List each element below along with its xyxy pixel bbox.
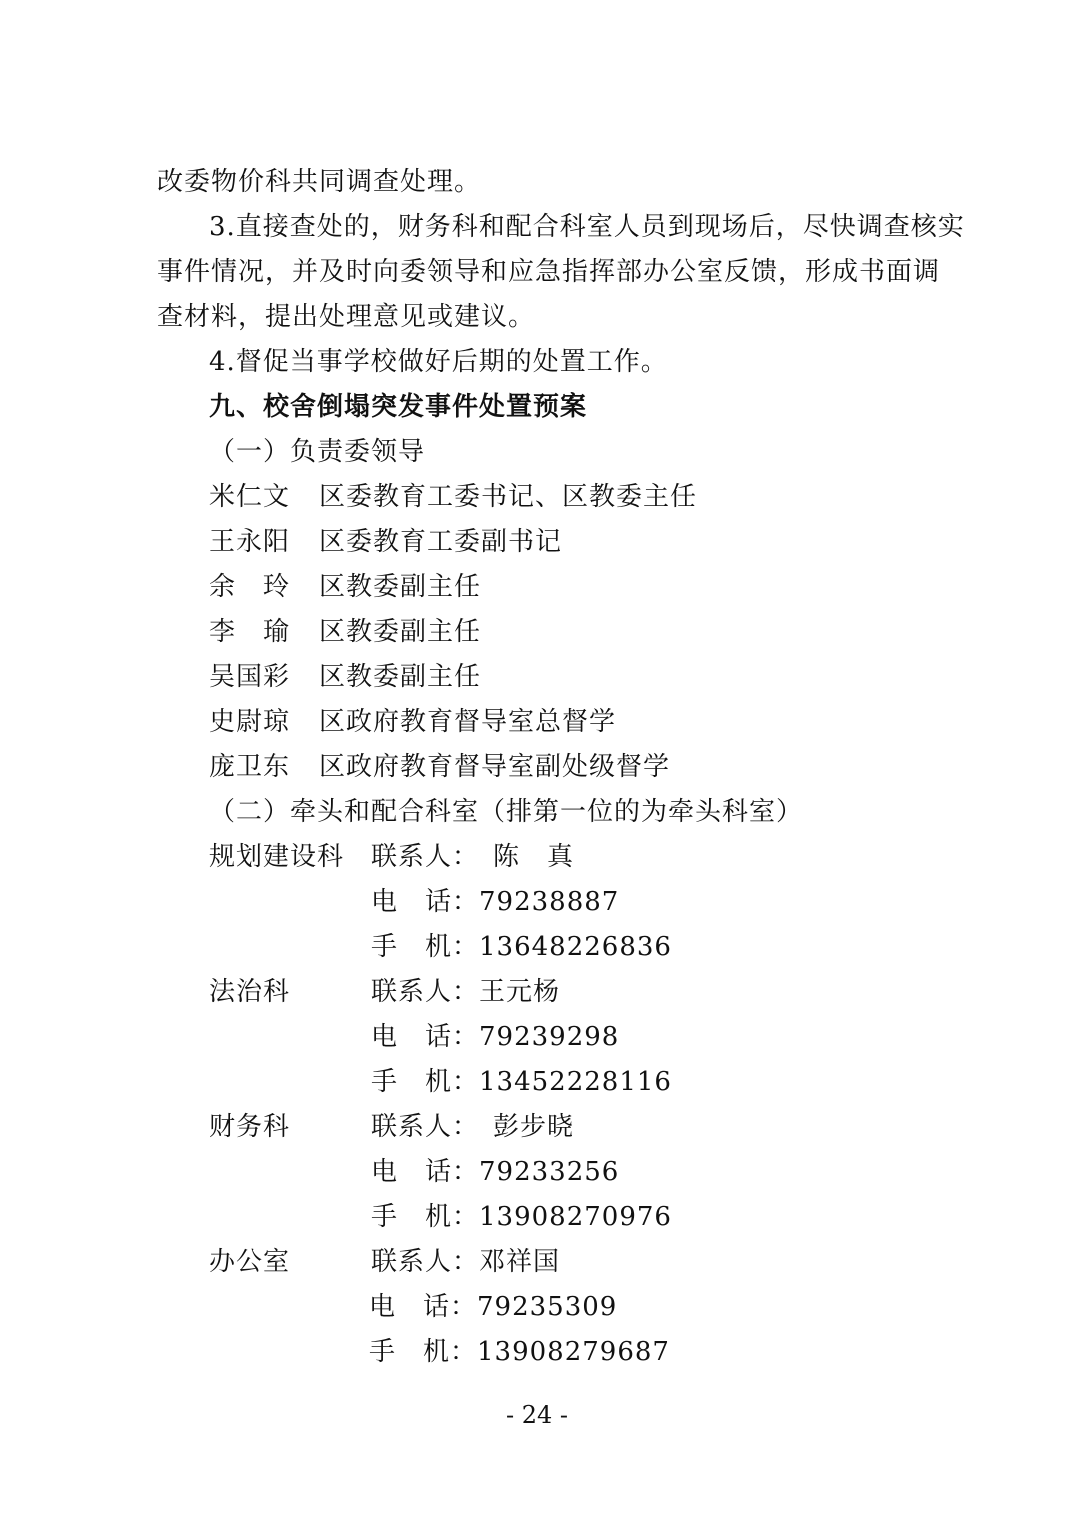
leader-name: 余 玲: [209, 570, 290, 604]
leader-title: 区政府教育督导室副处级督学: [319, 750, 670, 784]
leader-name: 米仁文: [209, 480, 290, 514]
leader-name: 吴国彩: [209, 660, 290, 694]
contact-person: 联系人： 陈 真: [371, 840, 574, 874]
paragraph-continuation: 改委物价科共同调查处理。: [157, 165, 481, 199]
leader-title: 区教委副主任: [319, 660, 481, 694]
section-heading: 九、校舍倒塌突发事件处置预案: [209, 390, 587, 424]
paragraph-item-4: 4.督促当事学校做好后期的处置工作。: [209, 345, 668, 379]
contact-mobile: 手 机：13648226836: [371, 930, 672, 964]
leader-title: 区委教育工委书记、区教委主任: [319, 480, 697, 514]
page-number: - 24 -: [0, 1400, 1074, 1430]
contact-mobile: 手 机：13908270976: [371, 1200, 672, 1234]
paragraph-item-3-line-1: 3.直接查处的，财务科和配合科室人员到现场后，尽快调查核实: [209, 210, 965, 244]
contact-person: 联系人：王元杨: [371, 975, 560, 1009]
contact-phone: 电 话：79235309: [369, 1290, 617, 1324]
leader-name: 王永阳: [209, 525, 290, 559]
contact-person: 联系人： 彭步晓: [371, 1110, 574, 1144]
contact-phone: 电 话：79233256: [371, 1155, 619, 1189]
department-name: 规划建设科: [209, 840, 344, 874]
leader-name: 庞卫东: [209, 750, 290, 784]
department-name: 法治科: [209, 975, 290, 1009]
department-name: 财务科: [209, 1110, 290, 1144]
leader-title: 区政府教育督导室总督学: [319, 705, 616, 739]
leader-title: 区教委副主任: [319, 570, 481, 604]
subsection-departments-heading: （二）牵头和配合科室（排第一位的为牵头科室）: [209, 795, 803, 829]
leader-name: 李 瑜: [209, 615, 290, 649]
leader-title: 区教委副主任: [319, 615, 481, 649]
contact-mobile: 手 机：13908279687: [369, 1335, 670, 1369]
subsection-leaders-heading: （一）负责委领导: [209, 435, 425, 469]
paragraph-item-3-line-3: 查材料，提出处理意见或建议。: [157, 300, 535, 334]
leader-name: 史尉琼: [209, 705, 290, 739]
contact-phone: 电 话：79239298: [371, 1020, 619, 1054]
paragraph-item-3-line-2: 事件情况，并及时向委领导和应急指挥部办公室反馈，形成书面调: [157, 255, 940, 289]
contact-phone: 电 话：79238887: [371, 885, 619, 919]
contact-person: 联系人：邓祥国: [371, 1245, 560, 1279]
department-name: 办公室: [209, 1245, 290, 1279]
contact-mobile: 手 机：13452228116: [371, 1065, 672, 1099]
leader-title: 区委教育工委副书记: [319, 525, 562, 559]
